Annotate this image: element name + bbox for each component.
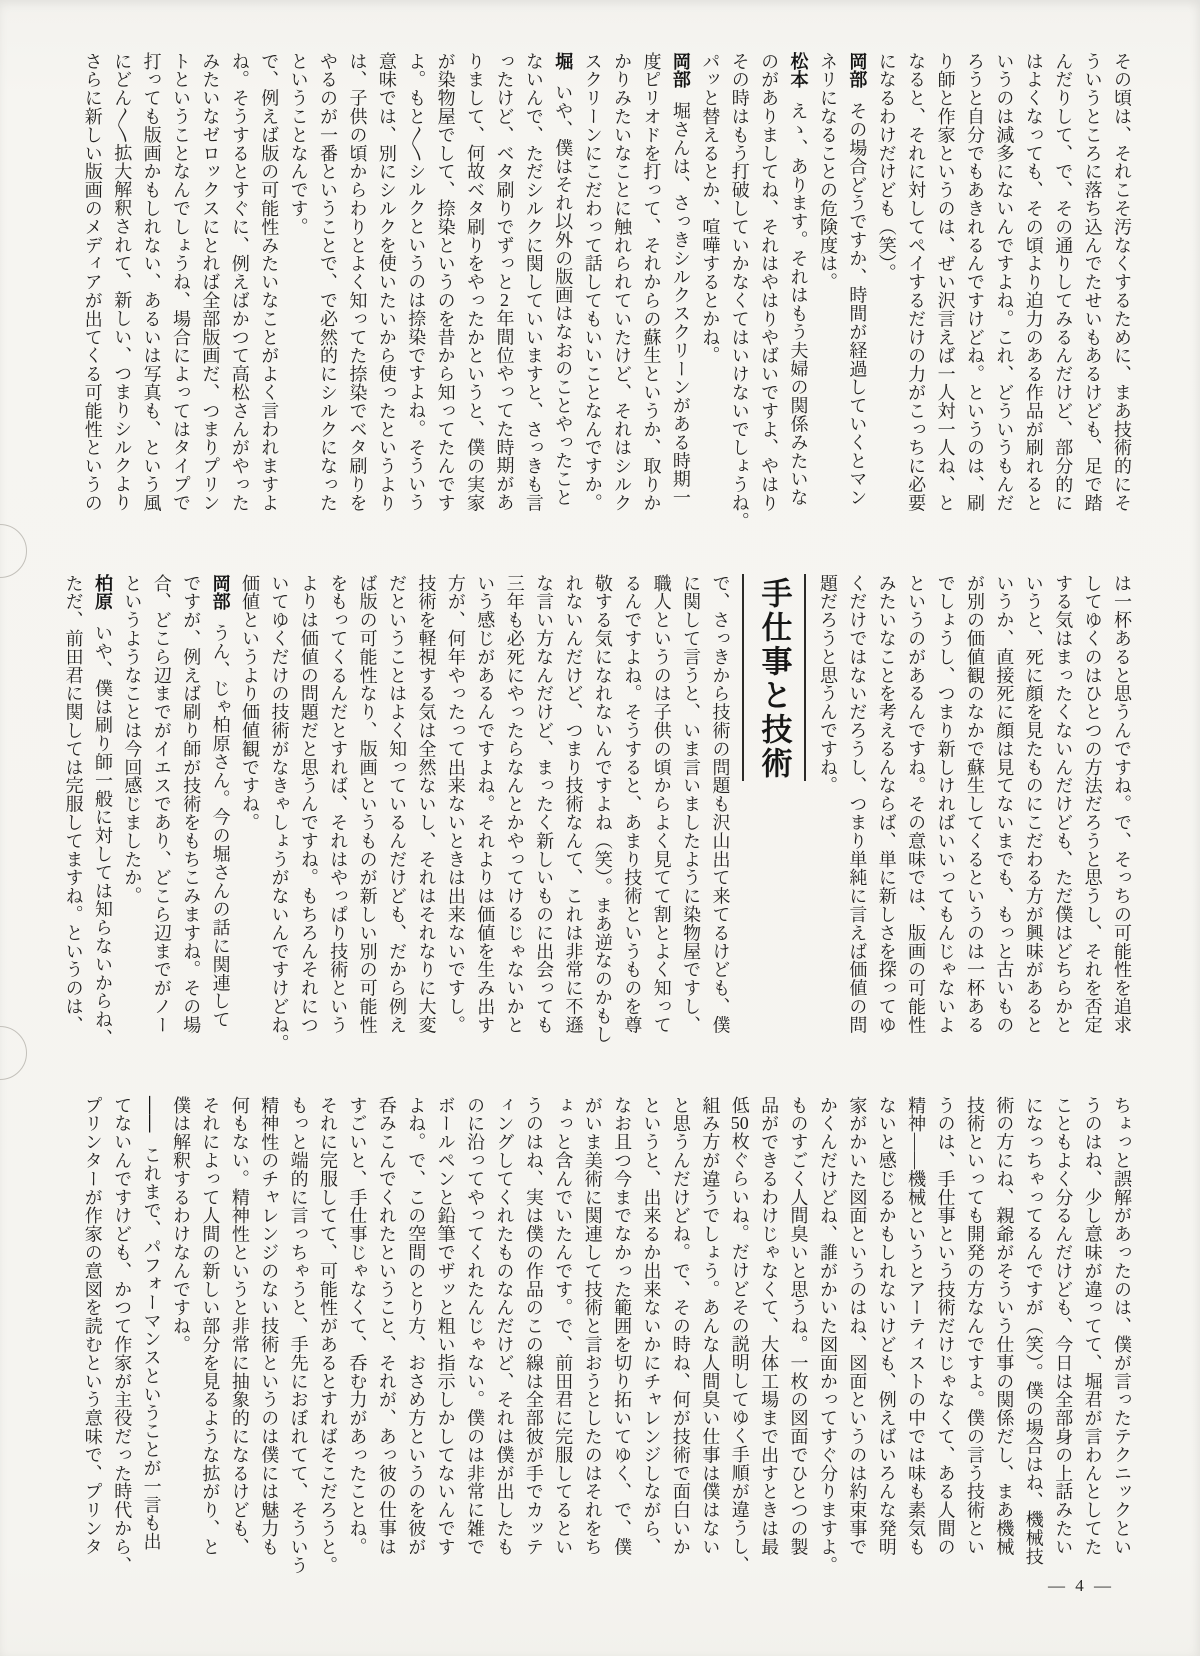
text-column: をもってくるんだとすれば、それはやっぱり技術という: [323, 574, 352, 1044]
text-column: 僕は解釈するわけなんですね。: [166, 1096, 195, 1566]
text-column: でしょうし、つまり新しければいいってもんじゃないよ: [930, 574, 959, 1044]
text-column: それによって人間の新しい部分を見るような拡がり、と: [195, 1096, 224, 1566]
text-column: になるわけだけども（笑）。: [871, 52, 900, 522]
text-band-bottom: ちょっと誤解があったのは、僕が言ったテクニックというのはね、少し意味が違ってて、…: [77, 1096, 1136, 1566]
text-column: 精神性のチャレンジのない技術というのは僕には魅力も: [254, 1096, 283, 1566]
text-column: よりは価値の問題だと思うんですね。もちろんそれにつ: [293, 574, 322, 1044]
text-column: 呑みこんでくれたということ、それが、あっ彼の仕事は: [371, 1096, 400, 1566]
text-column: ネリになることの危険度は。: [813, 52, 842, 522]
speaker-name: 岡部: [671, 52, 691, 89]
text-column: 術の方にね、親爺がそういう仕事の関係だし、まあ機械: [989, 1096, 1018, 1566]
text-column: で、例えば版の可能性みたいなことがよく言われますよ: [254, 52, 283, 522]
text-column: ないと感じるかもしれないけども、例えばいろんな発明: [871, 1096, 900, 1566]
text-column: すごいと、手仕事じゃなくて、呑む力があったことね。: [342, 1096, 371, 1566]
speaker-name: 松本: [789, 52, 809, 89]
speaker-name: 堀: [553, 52, 573, 70]
text-column: というようなことは今回感じましたか。: [117, 574, 146, 1044]
text-column: うのは、手仕事という技術だけじゃなくて、ある人間の: [930, 1096, 959, 1566]
text-column: 精神――機械というとアーティストの中では味も素気も: [901, 1096, 930, 1566]
text-column: ですが、例えば刷り師が技術をもちこみますね。その場: [176, 574, 205, 1044]
text-column: るんですよね。そうすると、あまり技術というものを尊: [617, 574, 646, 1044]
text-column: のがありましてね、それはやはりやばいですよ、やはり: [754, 52, 783, 522]
text-column: 合、どこら辺までがイエスであり、どこら辺までがノー: [146, 574, 175, 1044]
text-column: その時はもう打破していかなくてはいけないでしょうね。: [724, 52, 753, 522]
text-column: パッと替えるとか、喧嘩するとかね。: [695, 52, 724, 522]
text-column: は一杯あると思うんですね。で、そっちの可能性を追求: [1107, 574, 1136, 1044]
text-column: トということなんでしょうね、場合によってはタイプで: [166, 52, 195, 522]
text-column: が別の価値観のなかで蘇生してくるというのは一杯ある: [960, 574, 989, 1044]
text-column: にどん〳〵拡大解釈されて、新しい、つまりシルクより: [107, 52, 136, 522]
text-column: 岡部堀さんは、さっきシルクスクリーンがある時期一: [666, 52, 695, 522]
text-column: てないんですけども、かつて作家が主役だった時代から、: [107, 1096, 136, 1566]
text-column: 職人というのは子供の頃からよく見てて割とよく知って: [646, 574, 675, 1044]
text-column: よ。もと〳〵シルクというのは捺染ですよね。そういう: [401, 52, 430, 522]
text-column: やるのが一番ということで、で必然的にシルクになった: [313, 52, 342, 522]
text-column: 敬する気になれないんですよね（笑）。まあ逆なのかもし: [588, 574, 617, 1044]
text-column: いうのは減多にないんですよね。これ、どういうもんだ: [989, 52, 1018, 522]
text-column: する気はまったくないんだけども、ただ僕はどちらかと: [1048, 574, 1077, 1044]
text-column: というのがあるんですね。その意味では、版画の可能性: [901, 574, 930, 1044]
text-column: ね。そうするとすぐに、例えばかつて高松さんがやった: [224, 52, 253, 522]
text-column: 堀いや、僕はそれ以外の版画はなおのことやったこと: [548, 52, 577, 522]
text-column: なると、それに対してペイするだけの力がこっちに必要: [901, 52, 930, 522]
speaker-name: 柏原: [93, 574, 113, 611]
text-column: 家がかいた図面というのはね、図面というのは約束事で: [842, 1096, 871, 1566]
text-column: こともよく分るんだけども、今日は全部身の上話みたい: [1048, 1096, 1077, 1566]
upright-number: 50: [730, 1114, 750, 1132]
section-heading: 手仕事と技術: [742, 574, 806, 781]
text-column: 品ができるわけじゃなくて、大体工場まで出すときは最: [754, 1096, 783, 1566]
text-column: ということなんです。: [283, 52, 312, 522]
text-column: ろうと自分でもあきれるんですけどね。というのは、刷: [960, 52, 989, 522]
text-column: に関して言うと、いま言いましたように染物屋ですし、: [676, 574, 705, 1044]
text-column: 技術を軽視する気は全然ないし、それはそれなりに大変: [411, 574, 440, 1044]
text-column: んだりして、で、その通りしてみるんだけど、部分的に: [1048, 52, 1077, 522]
text-column: うのはね、少し意味が違ってて、堀君が言わんとしてた: [1077, 1096, 1106, 1566]
text-column: うのはね、実は僕の作品のこの線は全部彼が手でカッテ: [518, 1096, 547, 1566]
text-column: ィングしてくれたものなんだけど、それは僕が出したも: [489, 1096, 518, 1566]
text-column: が染物屋でして、捺染というのを昔から知ってたんです: [430, 52, 459, 522]
text-column: 三年も必死にやったらなんとかやってけるじゃないかと: [499, 574, 528, 1044]
text-column: で、さっきから技術の問題も沢山出て来てるけども、僕: [705, 574, 734, 1044]
text-column: 度ピリオドを打って、それからの蘇生というか、取りか: [636, 52, 665, 522]
text-column: り師と作家というのは、ぜい沢言えば一人対一人ね、と: [930, 52, 959, 522]
text-band-middle: は一杯あると思うんですね。で、そっちの可能性を追求してゆくのはひとつの方法だろう…: [58, 574, 1136, 1044]
text-column: 方が、何年やったって出来ないときは出来ないですし。: [440, 574, 469, 1044]
text-column: と思うんだけどね。で、その時ね、何が技術で面白いか: [666, 1096, 695, 1566]
magazine-page: その頃は、それこそ汚なくするために、まあ技術的にそういうところに落ち込んでたせい…: [0, 0, 1200, 1656]
text-column: スクリーンにこだわって話してもいいことなんですか。: [577, 52, 606, 522]
text-column: いてゆくだけの技術がなきゃしょうがないんですけどね。: [264, 574, 293, 1044]
text-column: 題だろうと思うんですね。: [813, 574, 842, 1044]
text-column: ちょっと誤解があったのは、僕が言ったテクニックとい: [1107, 1096, 1136, 1566]
text-column: かりみたいなことに触れられていたけど、それはシルク: [607, 52, 636, 522]
text-column: 柏原いや、僕は刷り師一般に対しては知らないからね、: [88, 574, 117, 1044]
text-column: な言い方なんだけど、まったく新しいものに出会っても: [529, 574, 558, 1044]
text-column: 組み方が違うでしょう。あんな人間臭い仕事は僕はない: [695, 1096, 724, 1566]
text-column: ういうところに落ち込んでたせいもあるけども、足で踏: [1077, 52, 1106, 522]
speaker-name: 岡部: [847, 52, 867, 89]
text-column: みたいなゼロックスにとれば全部版画だ、つまりプリン: [195, 52, 224, 522]
text-column: れないんだけど、つまり技術なんて、これは非常に不遜: [558, 574, 587, 1044]
text-column: だということはよく知っているんだけども、だから例え: [382, 574, 411, 1044]
text-column: プリンターが作家の意図を読むという意味で、プリンタ: [77, 1096, 106, 1566]
text-column: みたいなことを考えるんならば、単に新しさを探ってゆ: [871, 574, 900, 1044]
text-column: ょっと含んでいたんです。で、前田君に完服してるとい: [548, 1096, 577, 1566]
text-column: さらに新しい版画のメディアが出てくる可能性というの: [77, 52, 106, 522]
text-column: くだけではないだろうし、つまり単純に言えば価値の問: [842, 574, 871, 1044]
text-column: 何もない。精神性というと非常に抽象的になるけども、: [224, 1096, 253, 1566]
text-column: がいま美術に関連して技術と言おうとしたのはそれをち: [577, 1096, 606, 1566]
text-column: かくんだけどね、誰がかいた図面かってすぐ分りますよ。: [813, 1096, 842, 1566]
text-column: その頃は、それこそ汚なくするために、まあ技術的にそ: [1107, 52, 1136, 522]
text-column: はよくなっても、その頃より迫力のある作品が刷れると: [1018, 52, 1047, 522]
text-column: もっと端的に言っちゃうと、手先におぼれてて、そういう: [283, 1096, 312, 1566]
text-column: 価値というより価値観ですね。: [235, 574, 264, 1044]
text-column: になっちゃってるんですが（笑）。僕の場合はね、機械技: [1018, 1096, 1047, 1566]
text-column: 岡部その場合どうですか、時間が経過していくとマン: [842, 52, 871, 522]
text-column: 松本えゝ、あります。それはもう夫婦の関係みたいな: [783, 52, 812, 522]
binding-hole-artifact: [0, 524, 27, 578]
text-column: ――これまで、パフォーマンスということが一言も出: [136, 1096, 165, 1566]
text-column: ただ、前田君に関しては完服してますね。というのは、: [58, 574, 87, 1044]
text-column: ば版の可能性なり、版画というものが新しい別の可能性: [352, 574, 381, 1044]
text-column: というと、出来るか出来ないかにチャレンジしながら、: [636, 1096, 665, 1566]
text-column: ったけど、ベタ刷りでずっと2年間位やってた時期があ: [489, 52, 518, 522]
text-column: りまして、何故ベタ刷りをやったかというと、僕の実家: [460, 52, 489, 522]
text-column: よね。で、この空間のとり方、おさめ方というのを彼が: [401, 1096, 430, 1566]
speaker-name: ――: [142, 1096, 162, 1133]
page-number: ― 4 ―: [1048, 1576, 1114, 1596]
speaker-name: 岡部: [211, 574, 231, 611]
text-column: 技術といっても開発の方なんですよ。僕の言う技術とい: [960, 1096, 989, 1566]
text-column: ボールペンと鉛筆でザッと粗い指示しかしてないんです: [430, 1096, 459, 1566]
text-column: いうか、直接死に顔は見てないまでも、もっと古いもの: [989, 574, 1018, 1044]
text-column: 意味では、別にシルクを使いたいから使ったというより: [371, 52, 400, 522]
text-column: それに完服してて、可能性があるとすればそこだろうと。: [313, 1096, 342, 1566]
text-column: なお且つ今までなかった範囲を切り拓いてゆく、で、僕: [607, 1096, 636, 1566]
text-column: ないんで、ただシルクに関していいますと、さっきも言: [518, 52, 547, 522]
text-column: してゆくのはひとつの方法だろうと思うし、それを否定: [1077, 574, 1106, 1044]
text-band-top: その頃は、それこそ汚なくするために、まあ技術的にそういうところに落ち込んでたせい…: [77, 52, 1136, 522]
text-column: いうと、死に顔を見たものにこだわる方が興味があると: [1018, 574, 1047, 1044]
text-column: 低50枚ぐらいね。だけどその説明してゆく手順が違うし、: [724, 1096, 753, 1566]
upright-number: 2: [494, 291, 514, 309]
text-column: いう感じがあるんですよね。それよりは価値を生み出す: [470, 574, 499, 1044]
text-column: 打っても版画かもしれない、あるいは写真も、という風: [136, 52, 165, 522]
text-column: のに沿ってやってくれたんじゃない。僕のは非常に雑で: [460, 1096, 489, 1566]
text-column: 岡部うん、じゃ柏原さん。今の堀さんの話に関連して: [205, 574, 234, 1044]
text-column: ものすごく人間臭いと思うね。一枚の図面でひとつの製: [783, 1096, 812, 1566]
text-column: は、子供の頃からわりとよく知ってた捺染でベタ刷りを: [342, 52, 371, 522]
binding-hole-artifact: [0, 1026, 27, 1080]
